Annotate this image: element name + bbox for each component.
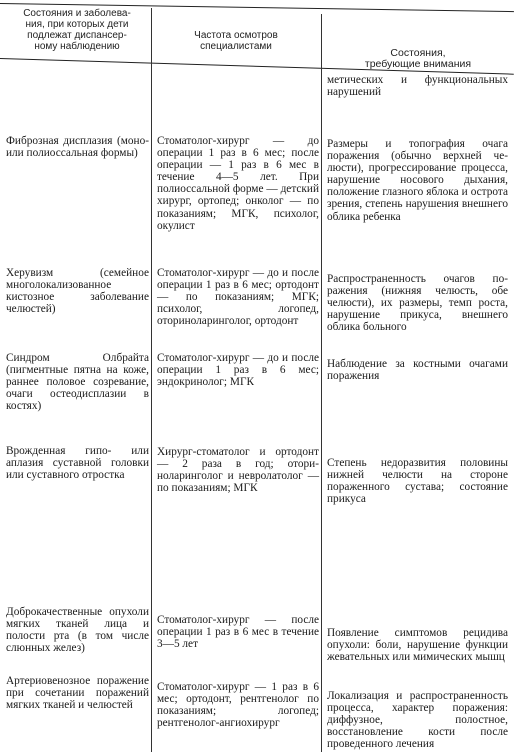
row-2-attention: Распространенность очагов по­ражения (ни… <box>327 273 508 333</box>
row-5-attention: Появление симптомов рециди­ва опухоли: б… <box>327 627 508 663</box>
header-col-frequency: Частота осмотров специалистами <box>153 30 319 52</box>
row-2-frequency: Стоматолог-хирург — до и после операции … <box>157 267 319 327</box>
row-2-condition: Херувизм (семейное многолокализован­ное … <box>6 267 149 315</box>
document-page: Состояния и заболева- ния, при которых д… <box>0 0 514 752</box>
row-1-frequency: Стоматолог-хирург — до операции 1 раз в … <box>157 135 319 232</box>
row-4-condition: Врожденная гипо- или аплазия сустав­ной … <box>6 445 149 481</box>
row-3-condition: Синдром Олбрайта (пигментные пятна на ко… <box>6 352 149 412</box>
row-6-condition: Артериовенозное по­ражение при сочета­ни… <box>6 675 149 711</box>
row-5-condition: Доброкачественные опухоли мягких тка­ней… <box>6 606 149 654</box>
row-1-attention: Размеры и топография очага поражения (об… <box>327 138 508 223</box>
row-4-frequency: Хирург-стоматолог и орто­донт — 2 раза в… <box>157 446 319 494</box>
row-4-attention: Степень недоразвития полови­ны нижней че… <box>327 457 508 505</box>
header-line: Частота осмотров <box>153 30 319 41</box>
row-3-frequency: Стоматолог-хирург — до и после операции … <box>157 352 319 388</box>
header-col-attention: Состояния, требующие внимания <box>323 48 513 70</box>
header-line: специалистами <box>153 41 319 52</box>
header-line: ному наблюдению <box>4 41 150 52</box>
row-6-frequency: Стоматолог-хирург — 1 раз в 6 мес; ортод… <box>157 681 319 729</box>
header-line: ния, при которых дети <box>4 19 150 30</box>
column-divider-1 <box>151 8 152 752</box>
header-line: требующие внимания <box>323 59 513 70</box>
header-line: подлежат диспансер- <box>4 30 150 41</box>
header-col-conditions: Состояния и заболева- ния, при которых д… <box>4 8 150 52</box>
continuation-text: метических и функциональных нарушений <box>327 74 508 98</box>
row-3-attention: Наблюдение за костными оча­гами поражени… <box>327 358 508 382</box>
header-line: Состояния и заболева- <box>4 8 150 19</box>
row-1-condition: Фиброзная диспла­зия (моно- или по­лиосс… <box>6 135 149 159</box>
row-5-frequency: Стоматолог-хирург — после операции 1 раз… <box>157 614 319 650</box>
column-divider-2 <box>321 14 322 752</box>
row-6-attention: Локализация и распространен­ность процес… <box>327 690 508 750</box>
